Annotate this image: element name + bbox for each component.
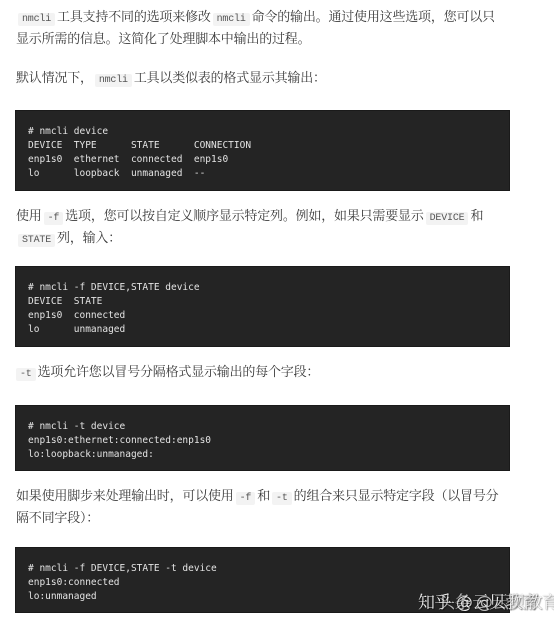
inline-code-nmcli: nmcli: [95, 74, 132, 87]
paragraph-text: 默认情况下，: [16, 71, 93, 86]
paragraph-default-output: 默认情况下，nmcli工具以类似表的格式显示其输出：: [16, 69, 506, 91]
paragraph-intro: nmcli工具支持不同的选项来修改nmcli命令的输出。通过使用这些选项，您可以…: [16, 8, 506, 50]
code-line: enp1s0:ethernet:connected:enp1s0: [28, 435, 211, 446]
paragraph-text: 如果使用脚步来处理输出时，可以使用: [16, 489, 234, 504]
paragraph-text: 列，输入：: [57, 231, 121, 246]
code-line: # nmcli device: [28, 126, 108, 137]
code-content: # nmcli -t device enp1s0:ethernet:connec…: [28, 420, 497, 462]
inline-code-state: STATE: [18, 234, 55, 247]
watermark-secondary: 头条 @云贝教育: [438, 592, 554, 614]
code-line: # nmcli -f DEVICE,STATE device: [28, 282, 200, 293]
inline-code-t-flag: -t: [272, 492, 292, 505]
code-line: enp1s0 connected: [28, 310, 125, 321]
code-content: # nmcli -f DEVICE,STATE device DEVICE ST…: [28, 281, 497, 337]
inline-code-nmcli: nmcli: [213, 13, 250, 26]
inline-code-f-flag: -f: [236, 492, 256, 505]
watermark: 知乎 @云贝教育 头条 @云贝教育: [418, 592, 538, 614]
code-content: # nmcli device DEVICE TYPE STATE CONNECT…: [28, 125, 497, 181]
inline-code-t-flag: -t: [16, 368, 36, 381]
code-block-nmcli-device: # nmcli device DEVICE TYPE STATE CONNECT…: [15, 110, 510, 191]
code-block-nmcli-f-device-state: # nmcli -f DEVICE,STATE device DEVICE ST…: [15, 266, 510, 347]
code-line: lo unmanaged: [28, 324, 125, 335]
inline-code-f-flag: -f: [44, 212, 64, 225]
code-line: # nmcli -f DEVICE,STATE -t device: [28, 563, 217, 574]
code-line: enp1s0:connected: [28, 577, 120, 588]
code-line: DEVICE TYPE STATE CONNECTION: [28, 140, 251, 151]
paragraph-text: 选项允许您以冒号分隔格式显示输出的每个字段：: [38, 365, 320, 380]
paragraph-t-option: -t选项允许您以冒号分隔格式显示输出的每个字段：: [16, 363, 506, 385]
paragraph-text: 选项，您可以按自定义顺序显示特定列。例如，如果只需要显示: [65, 209, 423, 224]
code-line: DEVICE STATE: [28, 296, 102, 307]
paragraph-combined-options: 如果使用脚步来处理输出时，可以使用-f和-t的组合来只显示特定字段（以冒号分隔不…: [16, 487, 506, 529]
inline-code-device: DEVICE: [426, 212, 469, 225]
inline-code-nmcli: nmcli: [18, 13, 55, 26]
paragraph-text: 使用: [16, 209, 42, 224]
paragraph-f-option: 使用-f选项，您可以按自定义顺序显示特定列。例如，如果只需要显示DEVICE和S…: [16, 207, 506, 251]
code-block-nmcli-t-device: # nmcli -t device enp1s0:ethernet:connec…: [15, 405, 510, 471]
code-line: lo loopback unmanaged --: [28, 168, 205, 179]
paragraph-text: 工具以类似表的格式显示其输出：: [134, 71, 326, 86]
code-line: lo:loopback:unmanaged:: [28, 449, 154, 460]
paragraph-text: 和: [257, 489, 270, 504]
code-line: enp1s0 ethernet connected enp1s0: [28, 154, 228, 165]
code-line: lo:unmanaged: [28, 591, 97, 602]
code-line: # nmcli -t device: [28, 421, 125, 432]
paragraph-text: 和: [470, 209, 483, 224]
paragraph-text: 工具支持不同的选项来修改: [57, 10, 211, 25]
